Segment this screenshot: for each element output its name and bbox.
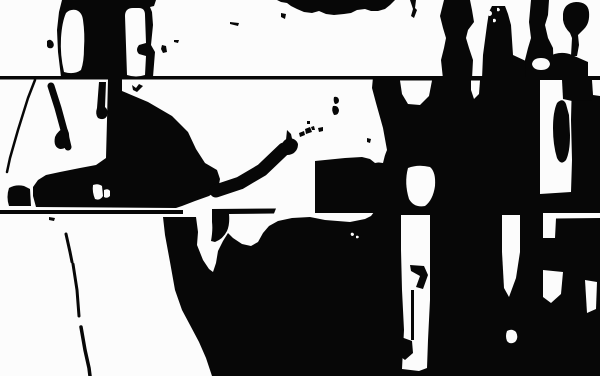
bottom-mass: [163, 212, 600, 376]
band-c-white-notch: [532, 58, 550, 70]
horizontal-rule-mid-left: [0, 210, 183, 214]
topleft-white-channel-left: [61, 10, 85, 73]
arm-white-notch-right: [184, 207, 213, 218]
binarized-photo-canvas: [0, 0, 600, 376]
pocket-dark-band: [562, 80, 592, 101]
arm-white-hole-2: [104, 189, 110, 198]
strip-black-divider: [411, 290, 414, 340]
binarized-photo: [0, 0, 600, 376]
bottom-white-dot: [506, 330, 517, 344]
left-blob-on-rule: [8, 185, 32, 206]
bottom-white-sliver-edge: [585, 280, 597, 313]
corner-white-upper: [590, 56, 600, 76]
corner-white-lower: [592, 80, 600, 96]
dot-center-small: [307, 121, 310, 124]
topleft-white-channel-right: [125, 8, 146, 77]
